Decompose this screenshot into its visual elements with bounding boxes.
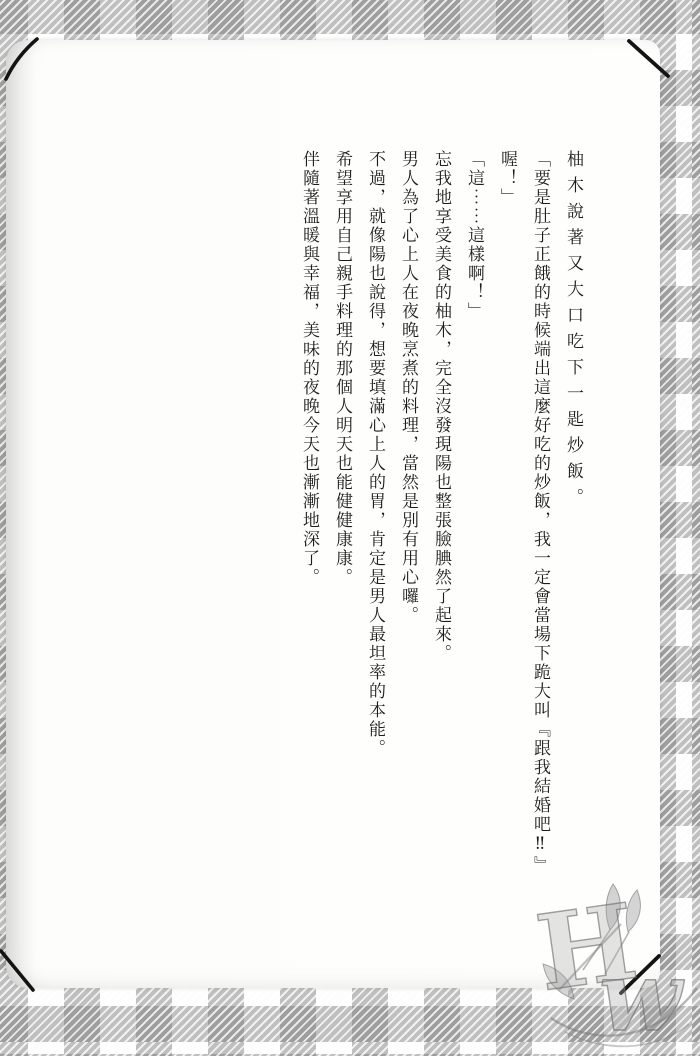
scanned-book-page: 柚木說著又大口吃下一匙炒飯。 「要是肚子正餓的時候端出這麼好吃的炒飯，我一定會當…: [0, 0, 700, 1056]
text-column-8: 希望享用自己親手料理的那個人明天也能健健康康。: [317, 150, 350, 910]
text-column-9: 伴隨著溫暖與幸福，美味的夜晚今天也漸漸地深了。: [284, 150, 317, 910]
text-column-4: 「這⋯⋯這樣啊！」: [449, 150, 482, 910]
text-column-2: 「要是肚子正餓的時候端出這麼好吃的炒飯，我一定會當場下跪大叫『跟我結婚吧‼』: [515, 150, 548, 910]
text-column-3: 喔！」: [482, 150, 515, 910]
text-column-7: 不過，就像陽也說得，想要填滿心上人的胃，肯定是男人最坦率的本能。: [350, 150, 383, 910]
text-column-6: 男人為了心上人在夜晚烹煮的料理，當然是別有用心囉。: [383, 150, 416, 910]
text-column-1: 柚木說著又大口吃下一匙炒飯。: [548, 150, 581, 910]
text-block: 柚木說著又大口吃下一匙炒飯。 「要是肚子正餓的時候端出這麼好吃的炒飯，我一定會當…: [281, 150, 581, 910]
text-column-5: 忘我地享受美食的柚木，完全沒發現陽也整張臉腆然了起來。: [416, 150, 449, 910]
